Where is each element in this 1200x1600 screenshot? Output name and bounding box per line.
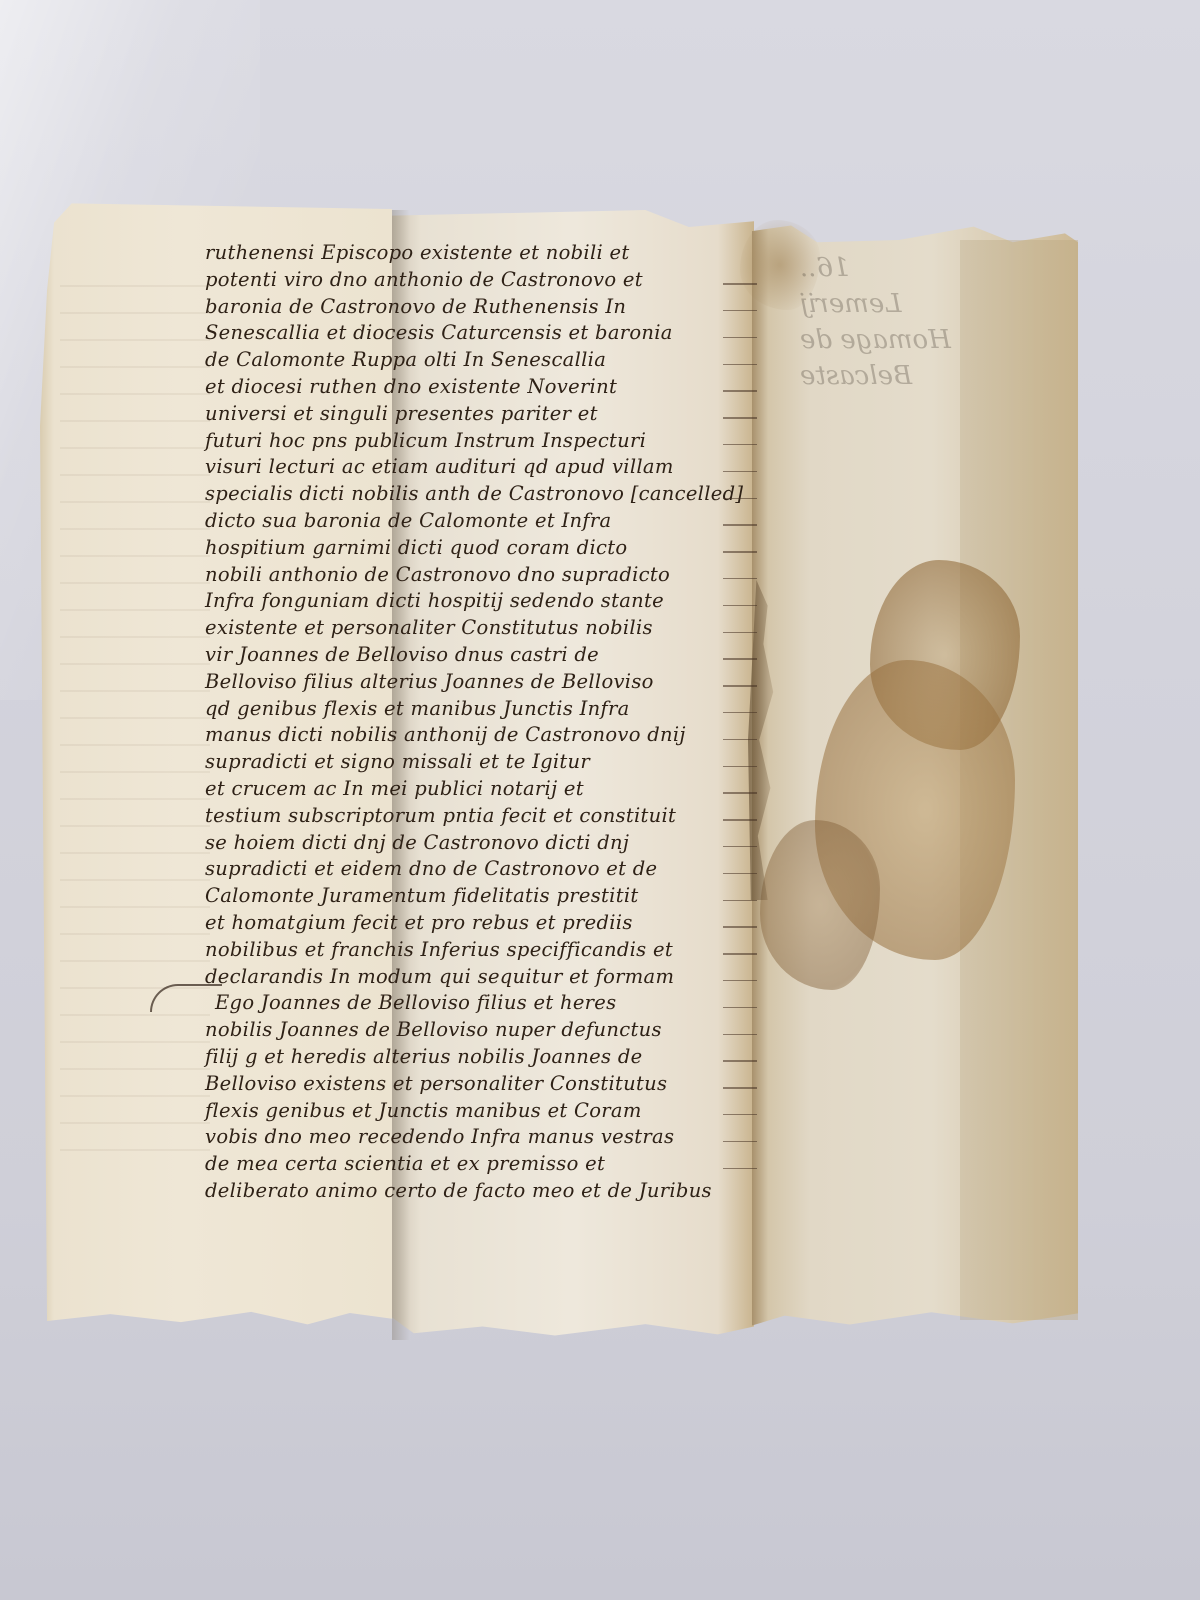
manuscript-text: ruthenensi Episcopo existente et nobili …: [205, 240, 765, 1205]
text-line: Infra fonguniam dicti hospitij sedendo s…: [205, 588, 765, 615]
text-line: supradicti et signo missali et te Igitur: [205, 749, 765, 776]
text-line: specialis dicti nobilis anth de Castrono…: [205, 481, 765, 508]
text-line: flexis genibus et Junctis manibus et Cor…: [205, 1098, 765, 1125]
text-line: de mea certa scientia et ex premisso et: [205, 1151, 765, 1178]
text-line: de Calomonte Ruppa olti In Senescallia: [205, 347, 765, 374]
text-line: qd genibus flexis et manibus Junctis Inf…: [205, 696, 765, 723]
water-stain-lower: [760, 820, 880, 990]
text-line: futuri hoc pns publicum Instrum Inspectu…: [205, 428, 765, 455]
text-line: baronia de Castronovo de Ruthenensis In: [205, 294, 765, 321]
text-line: Belloviso filius alterius Joannes de Bel…: [205, 669, 765, 696]
text-line: testium subscriptorum pntia fecit et con…: [205, 803, 765, 830]
text-line: vobis dno meo recedendo Infra manus vest…: [205, 1124, 765, 1151]
text-line: et homatgium fecit et pro rebus et predi…: [205, 910, 765, 937]
text-line: et diocesi ruthen dno existente Noverint: [205, 374, 765, 401]
text-line: nobilis Joannes de Belloviso nuper defun…: [205, 1017, 765, 1044]
text-line: se hoiem dicti dnj de Castronovo dicti d…: [205, 830, 765, 857]
text-line: et crucem ac In mei publici notarij et: [205, 776, 765, 803]
bleed-line: Homage de: [800, 322, 1010, 358]
text-line: Belloviso existens et personaliter Const…: [205, 1071, 765, 1098]
bleed-through-ruling: [60, 260, 210, 1160]
text-line: Calomonte Juramentum fidelitatis prestit…: [205, 883, 765, 910]
text-line: existente et personaliter Constitutus no…: [205, 615, 765, 642]
text-line: hospitium garnimi dicti quod coram dicto: [205, 535, 765, 562]
text-line: manus dicti nobilis anthonij de Castrono…: [205, 722, 765, 749]
text-line: supradicti et eidem dno de Castronovo et…: [205, 856, 765, 883]
text-line: nobilibus et franchis Inferius speciffic…: [205, 937, 765, 964]
text-line: dicto sua baronia de Calomonte et Infra: [205, 508, 765, 535]
bleed-line: Belcaste: [800, 358, 1010, 394]
text-line-ego-initial: Ego Joannes de Belloviso filius et heres: [205, 990, 765, 1017]
text-line: ruthenensi Episcopo existente et nobili …: [205, 240, 765, 267]
bleed-line: Lemerij: [800, 286, 1010, 322]
text-line: vir Joannes de Belloviso dnus castri de: [205, 642, 765, 669]
text-line: declarandis In modum qui sequitur et for…: [205, 964, 765, 991]
text-line: visuri lecturi ac etiam audituri qd apud…: [205, 454, 765, 481]
text-line: filij g et heredis alterius nobilis Joan…: [205, 1044, 765, 1071]
bleed-line: 16..: [800, 250, 1010, 286]
flap-bleed-through-text: 16.. Lemerij Homage de Belcaste: [800, 250, 1010, 394]
text-line: universi et singuli presentes pariter et: [205, 401, 765, 428]
text-line: Senescallia et diocesis Caturcensis et b…: [205, 320, 765, 347]
text-line: deliberato animo certo de facto meo et d…: [205, 1178, 765, 1205]
text-line: potenti viro dno anthonio de Castronovo …: [205, 267, 765, 294]
text-line: nobili anthonio de Castronovo dno suprad…: [205, 562, 765, 589]
